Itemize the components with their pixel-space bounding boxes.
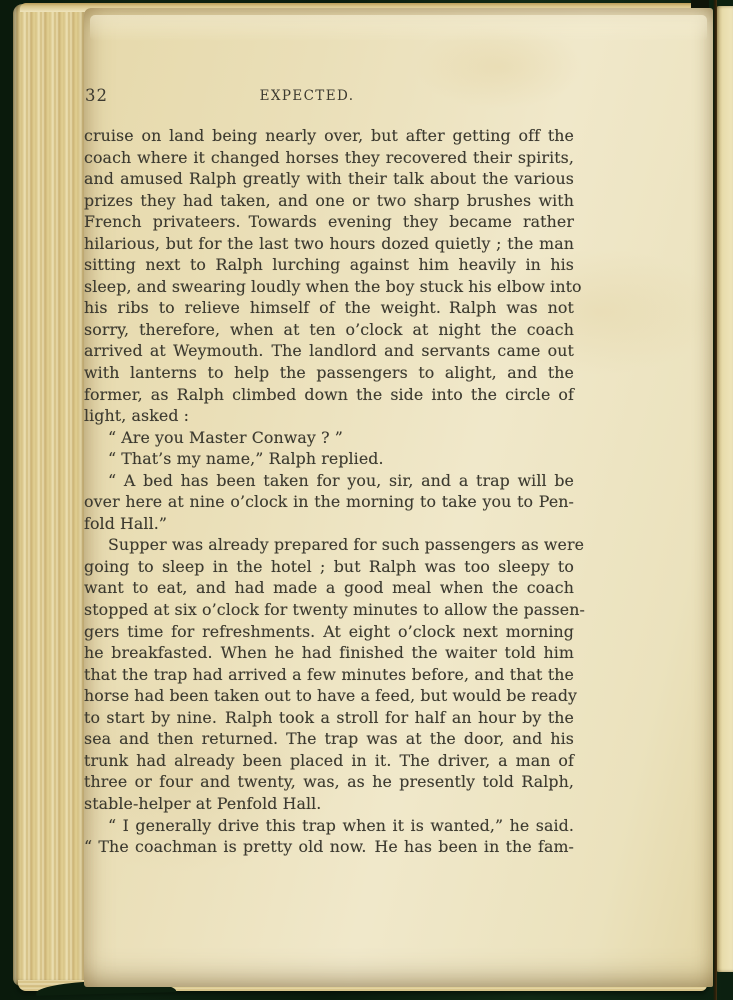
- text-line: horse had been taken out to have a feed,…: [84, 686, 574, 708]
- running-header: EXPECTED.: [62, 88, 552, 104]
- text-line: want to eat, and had made a good meal wh…: [84, 578, 574, 600]
- facing-page-sliver: [716, 6, 733, 972]
- text-line: with lanterns to help the passengers to …: [84, 363, 574, 385]
- text-line: and amused Ralph greatly with their talk…: [84, 169, 574, 191]
- text-line: “ The coachman is pretty old now. He has…: [84, 837, 574, 859]
- text-line: gers time for refreshments. At eight o’c…: [84, 622, 574, 644]
- text-line: “ A bed has been taken for you, sir, and…: [84, 471, 574, 493]
- text-line: sorry, therefore, when at ten o’clock at…: [84, 320, 574, 342]
- page-text: cruise on land being nearly over, but af…: [84, 126, 574, 859]
- text-line: going to sleep in the hotel ; but Ralph …: [84, 557, 574, 579]
- text-line: three or four and twenty, was, as he pre…: [84, 772, 574, 794]
- text-line: stopped at six o’clock for twenty minute…: [84, 600, 574, 622]
- text-line: stable-helper at Penfold Hall.: [84, 794, 574, 816]
- text-line: “ I generally drive this trap when it is…: [84, 816, 574, 838]
- text-line: light, asked :: [84, 406, 574, 428]
- text-line: he breakfasted. When he had finished the…: [84, 643, 574, 665]
- text-line: fold Hall.”: [84, 514, 574, 536]
- text-line: to start by nine. Ralph took a stroll fo…: [84, 708, 574, 730]
- text-line: cruise on land being nearly over, but af…: [84, 126, 574, 148]
- page-edges-left: [13, 4, 86, 986]
- text-line: Supper was already prepared for such pas…: [84, 535, 574, 557]
- text-line: sleep, and swearing loudly when the boy …: [84, 277, 574, 299]
- text-line: “ Are you Master Conway ? ”: [84, 428, 574, 450]
- text-line: “ That’s my name,” Ralph replied.: [84, 449, 574, 471]
- text-line: hilarious, but for the last two hours do…: [84, 234, 574, 256]
- text-line: that the trap had arrived a few minutes …: [84, 665, 574, 687]
- text-line: arrived at Weymouth. The landlord and se…: [84, 341, 574, 363]
- text-line: prizes they had taken, and one or two sh…: [84, 191, 574, 213]
- page-header: 32 EXPECTED.: [84, 85, 574, 109]
- text-line: former, as Ralph climbed down the side i…: [84, 385, 574, 407]
- text-line: coach where it changed horses they recov…: [84, 148, 574, 170]
- gutter-shadow: [713, 0, 717, 1000]
- text-line: sitting next to Ralph lurching against h…: [84, 255, 574, 277]
- text-line: his ribs to relieve himself of the weigh…: [84, 298, 574, 320]
- book-photo: 32 EXPECTED. cruise on land being nearly…: [0, 0, 733, 1000]
- text-line: trunk had already been placed in it. The…: [84, 751, 574, 773]
- text-line: over here at nine o’clock in the morning…: [84, 492, 574, 514]
- text-line: French privateers. Towards evening they …: [84, 212, 574, 234]
- text-line: sea and then returned. The trap was at t…: [84, 729, 574, 751]
